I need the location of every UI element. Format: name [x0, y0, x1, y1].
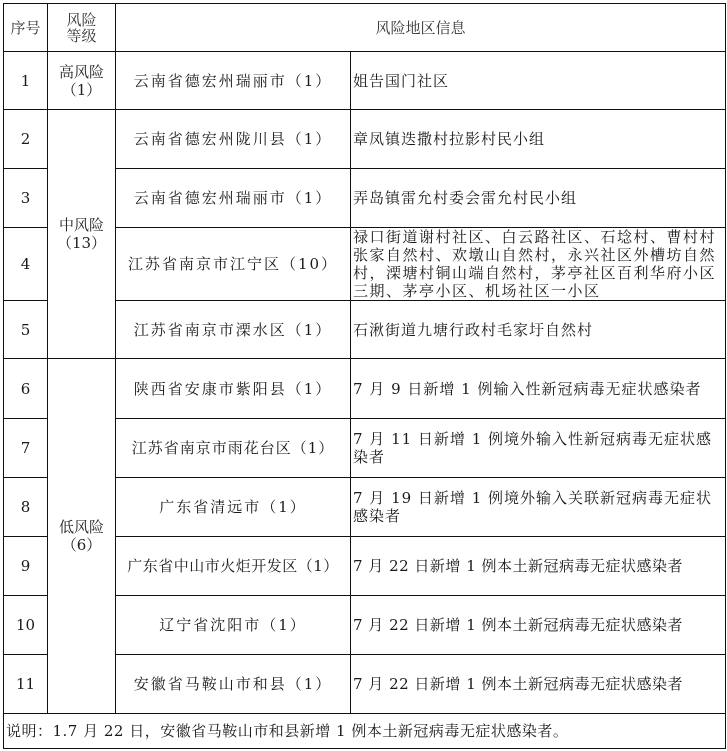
row-number: 10: [4, 596, 48, 655]
risk-level-count: （6）: [48, 536, 115, 554]
row-number: 6: [4, 359, 48, 419]
detail-cell: 弄岛镇雷允村委会雷允村民小组: [351, 169, 726, 228]
row-number: 11: [4, 655, 48, 714]
detail-cell: 7 月 22 日新增 1 例本土新冠病毒无症状感染者: [351, 537, 726, 596]
detail-cell: 7 月 11 日新增 1 例境外输入性新冠病毒无症状感染者: [351, 419, 726, 478]
row-number: 2: [4, 110, 48, 169]
row-number: 3: [4, 169, 48, 228]
header-serial-number: 序号: [4, 4, 48, 52]
table-row: 1 高风险 （1） 云南省德宏州瑞丽市（1） 姐告国门社区: [4, 52, 726, 110]
table-row: 2 中风险 （13） 云南省德宏州陇川县（1） 章凤镇迭撒村拉影村民小组: [4, 110, 726, 169]
risk-level-low: 低风险 （6）: [48, 359, 116, 714]
note-row: 说明：1.7 月 22 日，安徽省马鞍山市和县新增 1 例本土新冠病毒无症状感染…: [4, 714, 726, 749]
risk-level-medium: 中风险 （13）: [48, 110, 116, 359]
risk-level-label: 高风险: [48, 63, 115, 81]
detail-cell: 7 月 9 日新增 1 例输入性新冠病毒无症状感染者: [351, 359, 726, 419]
detail-cell: 禄口街道谢村社区、白云路社区、石埝村、曹村村张家自然村、欢墩山自然村，永兴社区外…: [351, 228, 726, 301]
table-note: 说明：1.7 月 22 日，安徽省马鞍山市和县新增 1 例本土新冠病毒无症状感染…: [4, 714, 726, 749]
risk-level-label: 中风险: [48, 216, 115, 234]
risk-level-high: 高风险 （1）: [48, 52, 116, 110]
row-number: 4: [4, 228, 48, 301]
risk-level-count: （13）: [48, 234, 115, 252]
row-number: 9: [4, 537, 48, 596]
risk-area-table: 序号 风险等级 风险地区信息 1 高风险 （1） 云南省德宏州瑞丽市（1） 姐告…: [3, 3, 726, 749]
row-number: 1: [4, 52, 48, 110]
region-cell: 云南省德宏州瑞丽市（1）: [116, 169, 351, 228]
region-cell: 广东省清远市（1）: [116, 478, 351, 537]
region-cell: 江苏省南京市雨花台区（1）: [116, 419, 351, 478]
region-cell: 江苏省南京市溧水区（1）: [116, 301, 351, 359]
header-risk-area-info: 风险地区信息: [116, 4, 726, 52]
detail-cell: 7 月 22 日新增 1 例本土新冠病毒无症状感染者: [351, 655, 726, 714]
header-risk-level-label: 风险等级: [66, 11, 96, 45]
detail-cell: 章凤镇迭撒村拉影村民小组: [351, 110, 726, 169]
table-header-row: 序号 风险等级 风险地区信息: [4, 4, 726, 52]
detail-cell: 7 月 19 日新增 1 例境外输入关联新冠病毒无症状感染者: [351, 478, 726, 537]
row-number: 7: [4, 419, 48, 478]
detail-cell: 石湫街道九塘行政村毛家圩自然村: [351, 301, 726, 359]
risk-level-count: （1）: [48, 81, 115, 99]
header-risk-level: 风险等级: [48, 4, 116, 52]
row-number: 5: [4, 301, 48, 359]
region-cell: 陕西省安康市紫阳县（1）: [116, 359, 351, 419]
table-row: 6 低风险 （6） 陕西省安康市紫阳县（1） 7 月 9 日新增 1 例输入性新…: [4, 359, 726, 419]
region-cell: 云南省德宏州陇川县（1）: [116, 110, 351, 169]
region-cell: 云南省德宏州瑞丽市（1）: [116, 52, 351, 110]
row-number: 8: [4, 478, 48, 537]
detail-cell: 姐告国门社区: [351, 52, 726, 110]
region-cell: 安徽省马鞍山市和县（1）: [116, 655, 351, 714]
region-cell: 江苏省南京市江宁区（10）: [116, 228, 351, 301]
risk-level-label: 低风险: [48, 518, 115, 536]
region-cell: 广东省中山市火炬开发区（1）: [116, 537, 351, 596]
detail-cell: 7 月 22 日新增 1 例本土新冠病毒无症状感染者: [351, 596, 726, 655]
region-cell: 辽宁省沈阳市（1）: [116, 596, 351, 655]
